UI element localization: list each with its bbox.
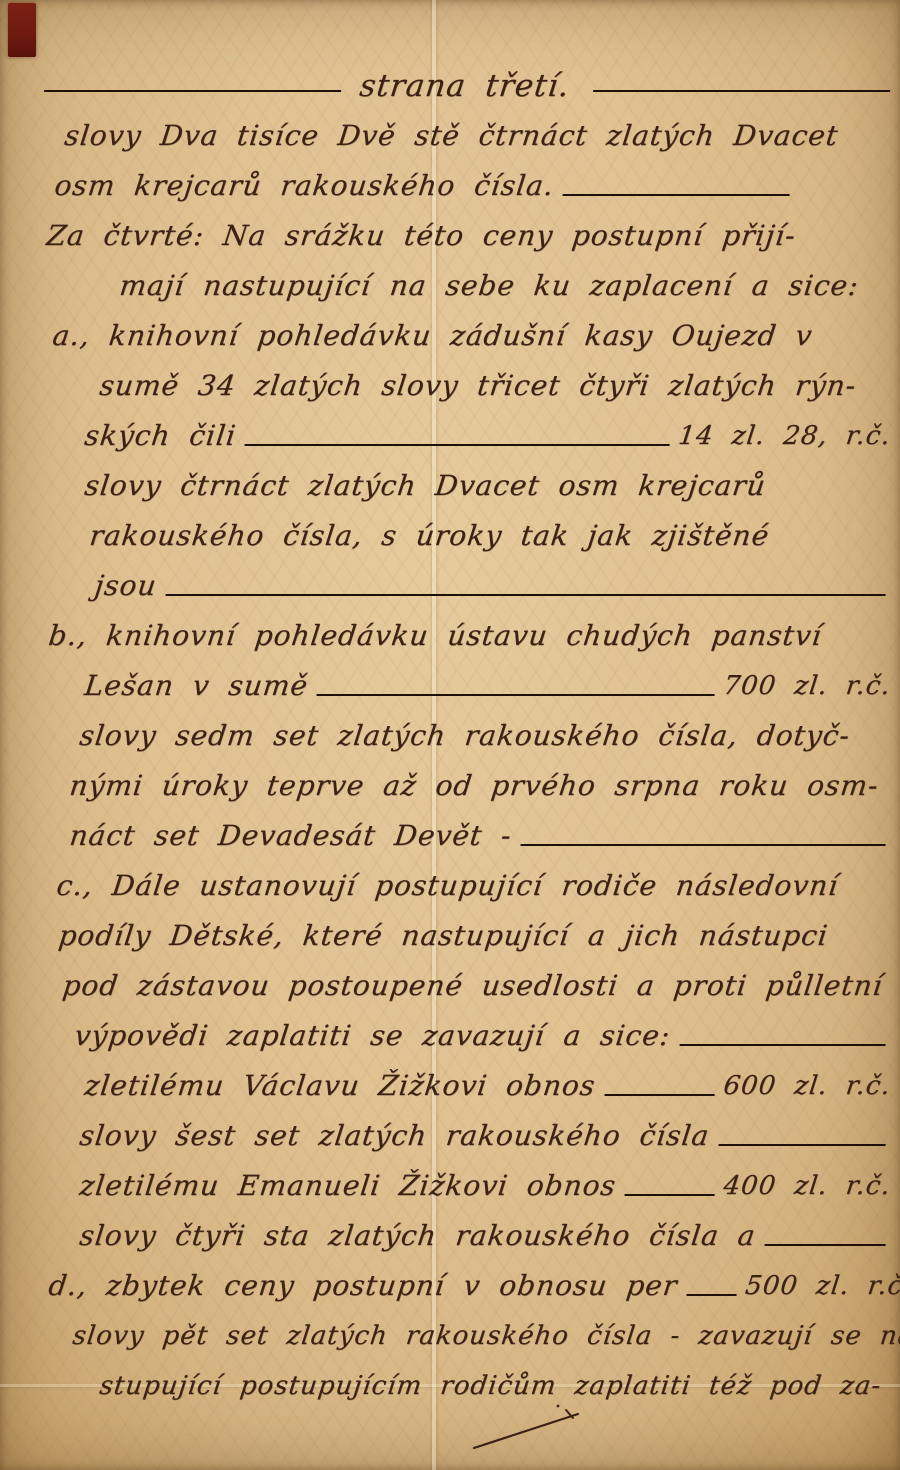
manuscript-line: slovy čtyři sta zlatých rakouského čísla…: [42, 1208, 894, 1258]
manuscript-line: a., knihovní pohledávku zádušní kasy Ouj…: [42, 308, 894, 358]
page-heading-text: strana třetí.: [343, 64, 586, 108]
manuscript-line: slovy Dva tisíce Dvě stě čtrnáct zlatých…: [42, 108, 894, 158]
line-text: jsou: [92, 564, 159, 608]
manuscript-line: stupující postupujícím rodičům zaplatiti…: [42, 1358, 894, 1408]
manuscript-line: zletilému Václavu Žižkovi obnos 600 zl. …: [42, 1058, 894, 1108]
line-text: ských čili: [82, 414, 239, 458]
manuscript-line: nými úroky teprve až od prvého srpna rok…: [42, 758, 894, 808]
manuscript-line: sumě 34 zlatých slovy třicet čtyři zlatý…: [42, 358, 894, 408]
manuscript-line: slovy sedm set zlatých rakouského čísla,…: [42, 708, 894, 758]
line-text: slovy šest set zlatých rakouského čísla: [77, 1114, 712, 1158]
line-text: slovy pět set zlatých rakouského čísla -…: [70, 1314, 900, 1358]
manuscript-line: výpovědi zaplatiti se zavazují a sice:: [42, 1008, 894, 1058]
page-heading-line: strana třetí.: [42, 54, 895, 108]
heading-rule-left: [44, 90, 341, 92]
manuscript-line: slovy šest set zlatých rakouského čísla: [42, 1108, 894, 1158]
manuscript-line: zletilému Emanueli Žižkovi obnos 400 zl.…: [42, 1158, 894, 1208]
line-text: slovy sedm set zlatých rakouského čísla,…: [77, 714, 853, 758]
manuscript-page: strana třetí. slovy Dva tisíce Dvě stě č…: [0, 0, 900, 1470]
line-text: výpovědi zaplatiti se zavazují a sice:: [72, 1014, 673, 1058]
manuscript-line: mají nastupující na sebe ku zaplacení a …: [42, 258, 894, 308]
manuscript-line: osm krejcarů rakouského čísla.: [42, 158, 894, 208]
manuscript-line: podíly Dětské, které nastupující a jich …: [42, 908, 894, 958]
fill-rule: [686, 1294, 736, 1296]
pen-flourish-mark: [470, 1402, 600, 1452]
line-text: Za čtvrté: Na srážku této ceny postupní …: [44, 214, 798, 258]
fill-rule: [317, 694, 715, 696]
line-text: rakouského čísla, s úroky tak jak zjiště…: [87, 514, 772, 558]
line-text: nými úroky teprve až od prvého srpna rok…: [67, 764, 881, 808]
manuscript-line: c., Dále ustanovují postupující rodiče n…: [42, 858, 894, 908]
archive-corner-mark: [8, 3, 36, 57]
manuscript-line: Lešan v sumě 700 zl. r.č.: [42, 658, 894, 708]
fill-rule: [520, 844, 885, 846]
manuscript-line: rakouského čísla, s úroky tak jak zjiště…: [42, 508, 894, 558]
manuscript-line: Za čtvrté: Na srážku této ceny postupní …: [42, 208, 894, 258]
line-text: náct set Devadesát Devět -: [67, 814, 514, 858]
line-text: mají nastupující na sebe ku zaplacení a …: [117, 264, 861, 308]
amount-text: 14 zl. 28, r.č.: [672, 414, 894, 458]
line-text: osm krejcarů rakouského čísla.: [52, 164, 557, 208]
manuscript-text-block: strana třetí. slovy Dva tisíce Dvě stě č…: [42, 54, 888, 1408]
line-text: d., zbytek ceny postupní v obnosu per: [46, 1264, 680, 1308]
fill-rule: [245, 444, 670, 446]
fill-rule: [165, 594, 885, 596]
amount-text: 600 zl. r.č.: [717, 1064, 894, 1108]
manuscript-line: ských čili 14 zl. 28, r.č.: [42, 408, 894, 458]
fill-rule: [718, 1144, 886, 1146]
manuscript-line: náct set Devadesát Devět -: [42, 808, 894, 858]
line-text: zletilému Emanueli Žižkovi obnos: [77, 1164, 619, 1208]
amount-text: 500 zl. r.č.: [739, 1264, 900, 1308]
line-text: slovy Dva tisíce Dvě stě čtrnáct zlatých…: [62, 114, 841, 158]
fill-rule: [679, 1044, 886, 1046]
line-text: Lešan v sumě: [82, 664, 311, 708]
manuscript-line: d., zbytek ceny postupní v obnosu per 50…: [42, 1258, 894, 1308]
fill-rule: [625, 1194, 715, 1196]
fill-rule: [764, 1244, 885, 1246]
manuscript-line: b., knihovní pohledávku ústavu chudých p…: [42, 608, 894, 658]
manuscript-line: slovy čtrnáct zlatých Dvacet osm krejcar…: [42, 458, 894, 508]
manuscript-line: slovy pět set zlatých rakouského čísla -…: [42, 1308, 894, 1358]
line-text: sumě 34 zlatých slovy třicet čtyři zlatý…: [97, 364, 859, 408]
line-text: slovy čtyři sta zlatých rakouského čísla…: [77, 1214, 758, 1258]
manuscript-line: pod zástavou postoupené usedlosti a prot…: [42, 958, 894, 1008]
amount-text: 400 zl. r.č.: [717, 1164, 894, 1208]
line-text: pod zástavou postoupené usedlosti a prot…: [60, 964, 885, 1008]
fill-rule: [604, 1094, 715, 1096]
fill-rule: [563, 194, 790, 196]
heading-rule-right: [593, 90, 890, 92]
line-text: zletilému Václavu Žižkovi obnos: [82, 1064, 598, 1108]
line-text: c., Dále ustanovují postupující rodiče n…: [54, 864, 841, 908]
line-text: podíly Dětské, které nastupující a jich …: [56, 914, 831, 958]
line-text: b., knihovní pohledávku ústavu chudých p…: [46, 614, 825, 658]
manuscript-line: jsou: [42, 558, 894, 608]
line-text: a., knihovní pohledávku zádušní kasy Ouj…: [50, 314, 815, 358]
line-text: slovy čtrnáct zlatých Dvacet osm krejcar…: [82, 464, 769, 508]
amount-text: 700 zl. r.č.: [717, 664, 894, 708]
